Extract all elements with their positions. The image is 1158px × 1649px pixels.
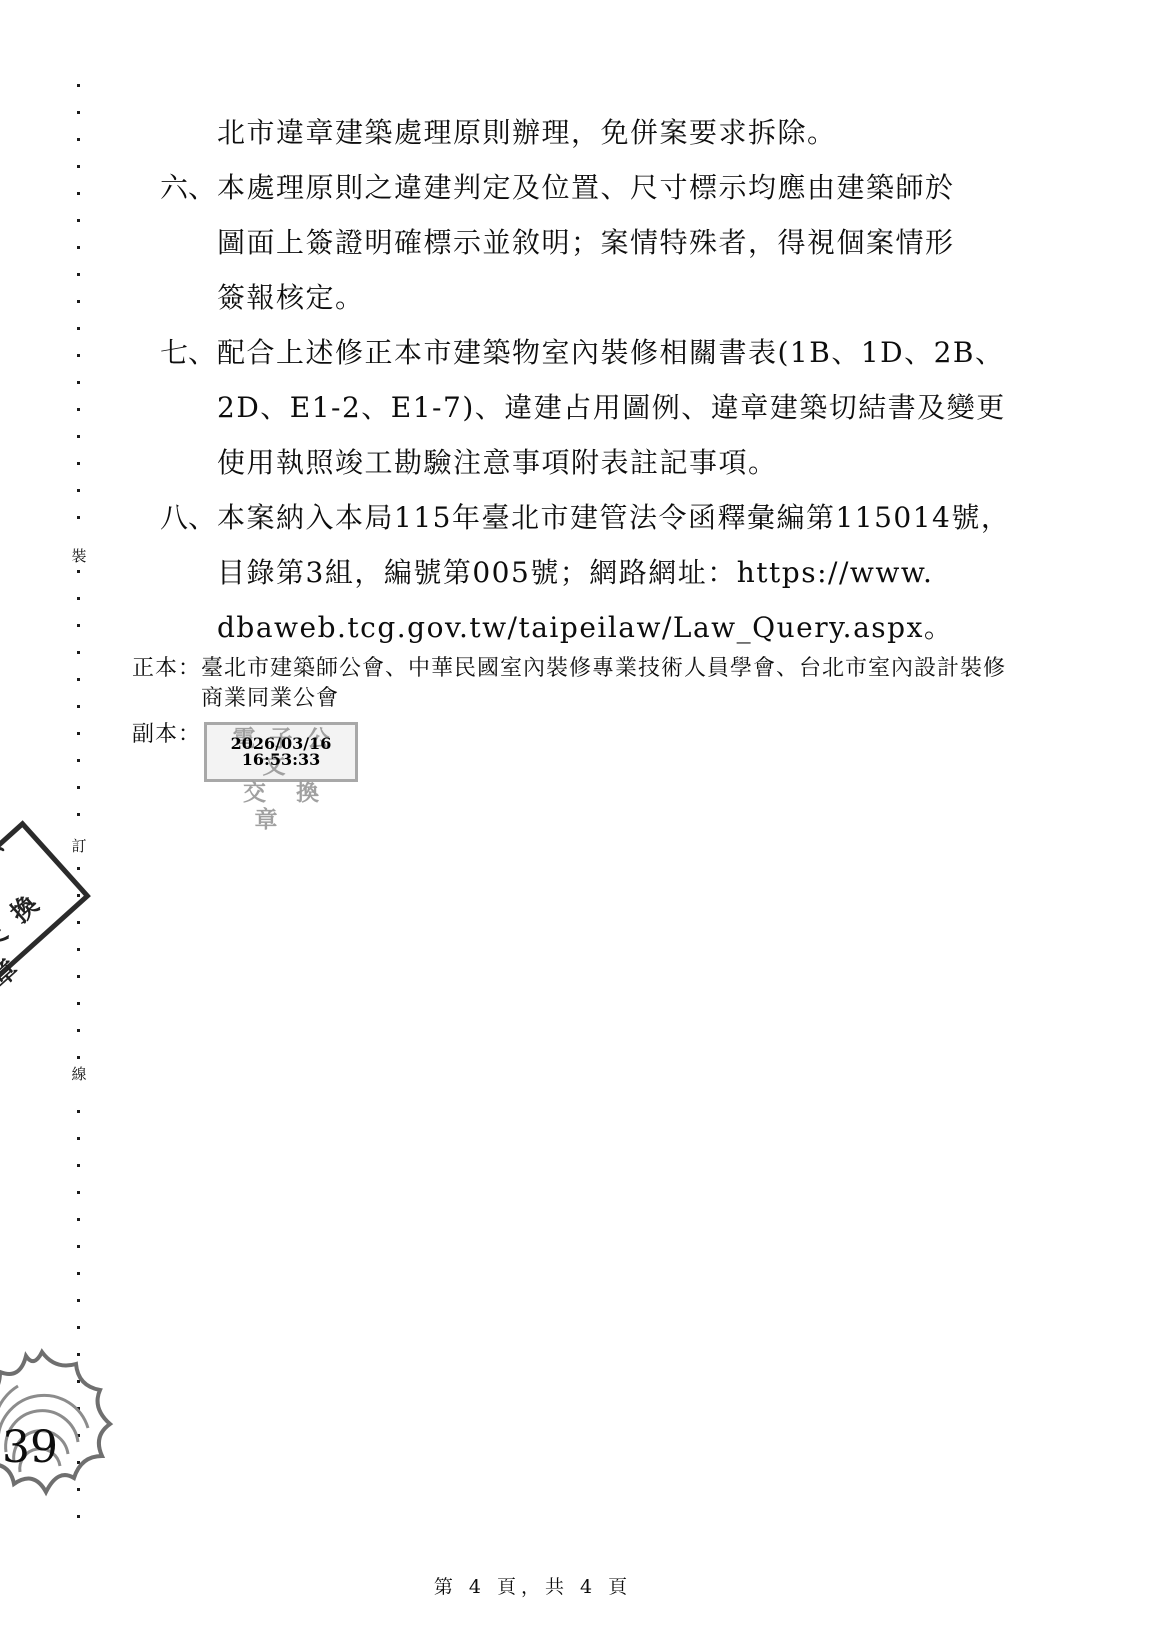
copy-label: 副本： [132, 720, 201, 750]
document-line: 目錄第3組，編號第005號；網路網址：https://www. [160, 545, 1040, 600]
original-line2: 商業同業公會 [201, 686, 339, 711]
electronic-exchange-stamp: 電子公文 交換章 2026/03/16 16:53:33 [204, 722, 358, 782]
document-line: 圖面上簽證明確標示並敘明；案情特殊者，得視個案情形 [160, 215, 1040, 270]
document-page: 裝 訂 線 北市違章建築處理原則辦理，免併案要求拆除。 六、本處理原則之違建判定… [0, 0, 1158, 1649]
original-label: 正本： [132, 654, 201, 684]
flower-archive-stamp: 39 [0, 1344, 124, 1508]
item-number: 七、 [160, 325, 217, 380]
document-line: 六、本處理原則之違建判定及位置、尺寸標示均應由建築師於 [160, 160, 1040, 215]
item-text: 本案納入本局115年臺北市建管法令函釋彙編第115014號， [217, 501, 1010, 534]
exchange-stamp-row2: 交換章 [207, 779, 355, 833]
flower-stamp-graphic: 39 [0, 1344, 124, 1508]
page-footer: 第 4 頁，共 4 頁 [434, 1572, 632, 1599]
binding-mark-ding: 訂 [67, 831, 91, 860]
original-line1: 臺北市建築師公會、中華民國室內裝修專業技術人員學會、台北市室內設計裝修 [201, 656, 1006, 681]
item-number: 八、 [160, 490, 217, 545]
exchange-stamp-time: 16:53:33 [207, 752, 355, 768]
copy-recipients-row: 副本： 電子公文 交換章 2026/03/16 16:53:33 [132, 720, 1062, 782]
document-line: 簽報核定。 [160, 270, 1040, 325]
document-line: 七、配合上述修正本市建築物室內裝修相關書表(1B、1D、2B、 [160, 325, 1040, 380]
binding-mark-xian: 線 [67, 1059, 91, 1088]
flower-stamp-number: 39 [2, 1422, 58, 1473]
original-value: 臺北市建築師公會、中華民國室內裝修專業技術人員學會、台北市室內設計裝修 商業同業… [201, 654, 1062, 714]
binding-dotted-line [77, 84, 80, 1536]
item-number: 六、 [160, 160, 217, 215]
document-line: 使用執照竣工勘驗注意事項附表註記事項。 [160, 435, 1040, 490]
item-text: 配合上述修正本市建築物室內裝修相關書表(1B、1D、2B、 [217, 336, 1004, 369]
document-line: 北市違章建築處理原則辦理，免併案要求拆除。 [160, 105, 1040, 160]
recipients-block: 正本： 臺北市建築師公會、中華民國室內裝修專業技術人員學會、台北市室內設計裝修 … [132, 654, 1062, 782]
document-line: 八、本案納入本局115年臺北市建管法令函釋彙編第115014號， [160, 490, 1040, 545]
document-body: 北市違章建築處理原則辦理，免併案要求拆除。 六、本處理原則之違建判定及位置、尺寸… [160, 105, 1040, 655]
original-recipients-row: 正本： 臺北市建築師公會、中華民國室內裝修專業技術人員學會、台北市室內設計裝修 … [132, 654, 1062, 714]
exchange-stamp-datetime: 2026/03/16 16:53:33 [207, 736, 355, 768]
document-line: dbaweb.tcg.gov.tw/taipeilaw/Law_Query.as… [160, 600, 1040, 655]
binding-mark-zhuang: 裝 [67, 541, 91, 570]
document-line: 2D、E1-2、E1-7)、違建占用圖例、違章建築切結書及變更 [160, 380, 1040, 435]
item-text: 本處理原則之違建判定及位置、尺寸標示均應由建築師於 [217, 171, 955, 204]
